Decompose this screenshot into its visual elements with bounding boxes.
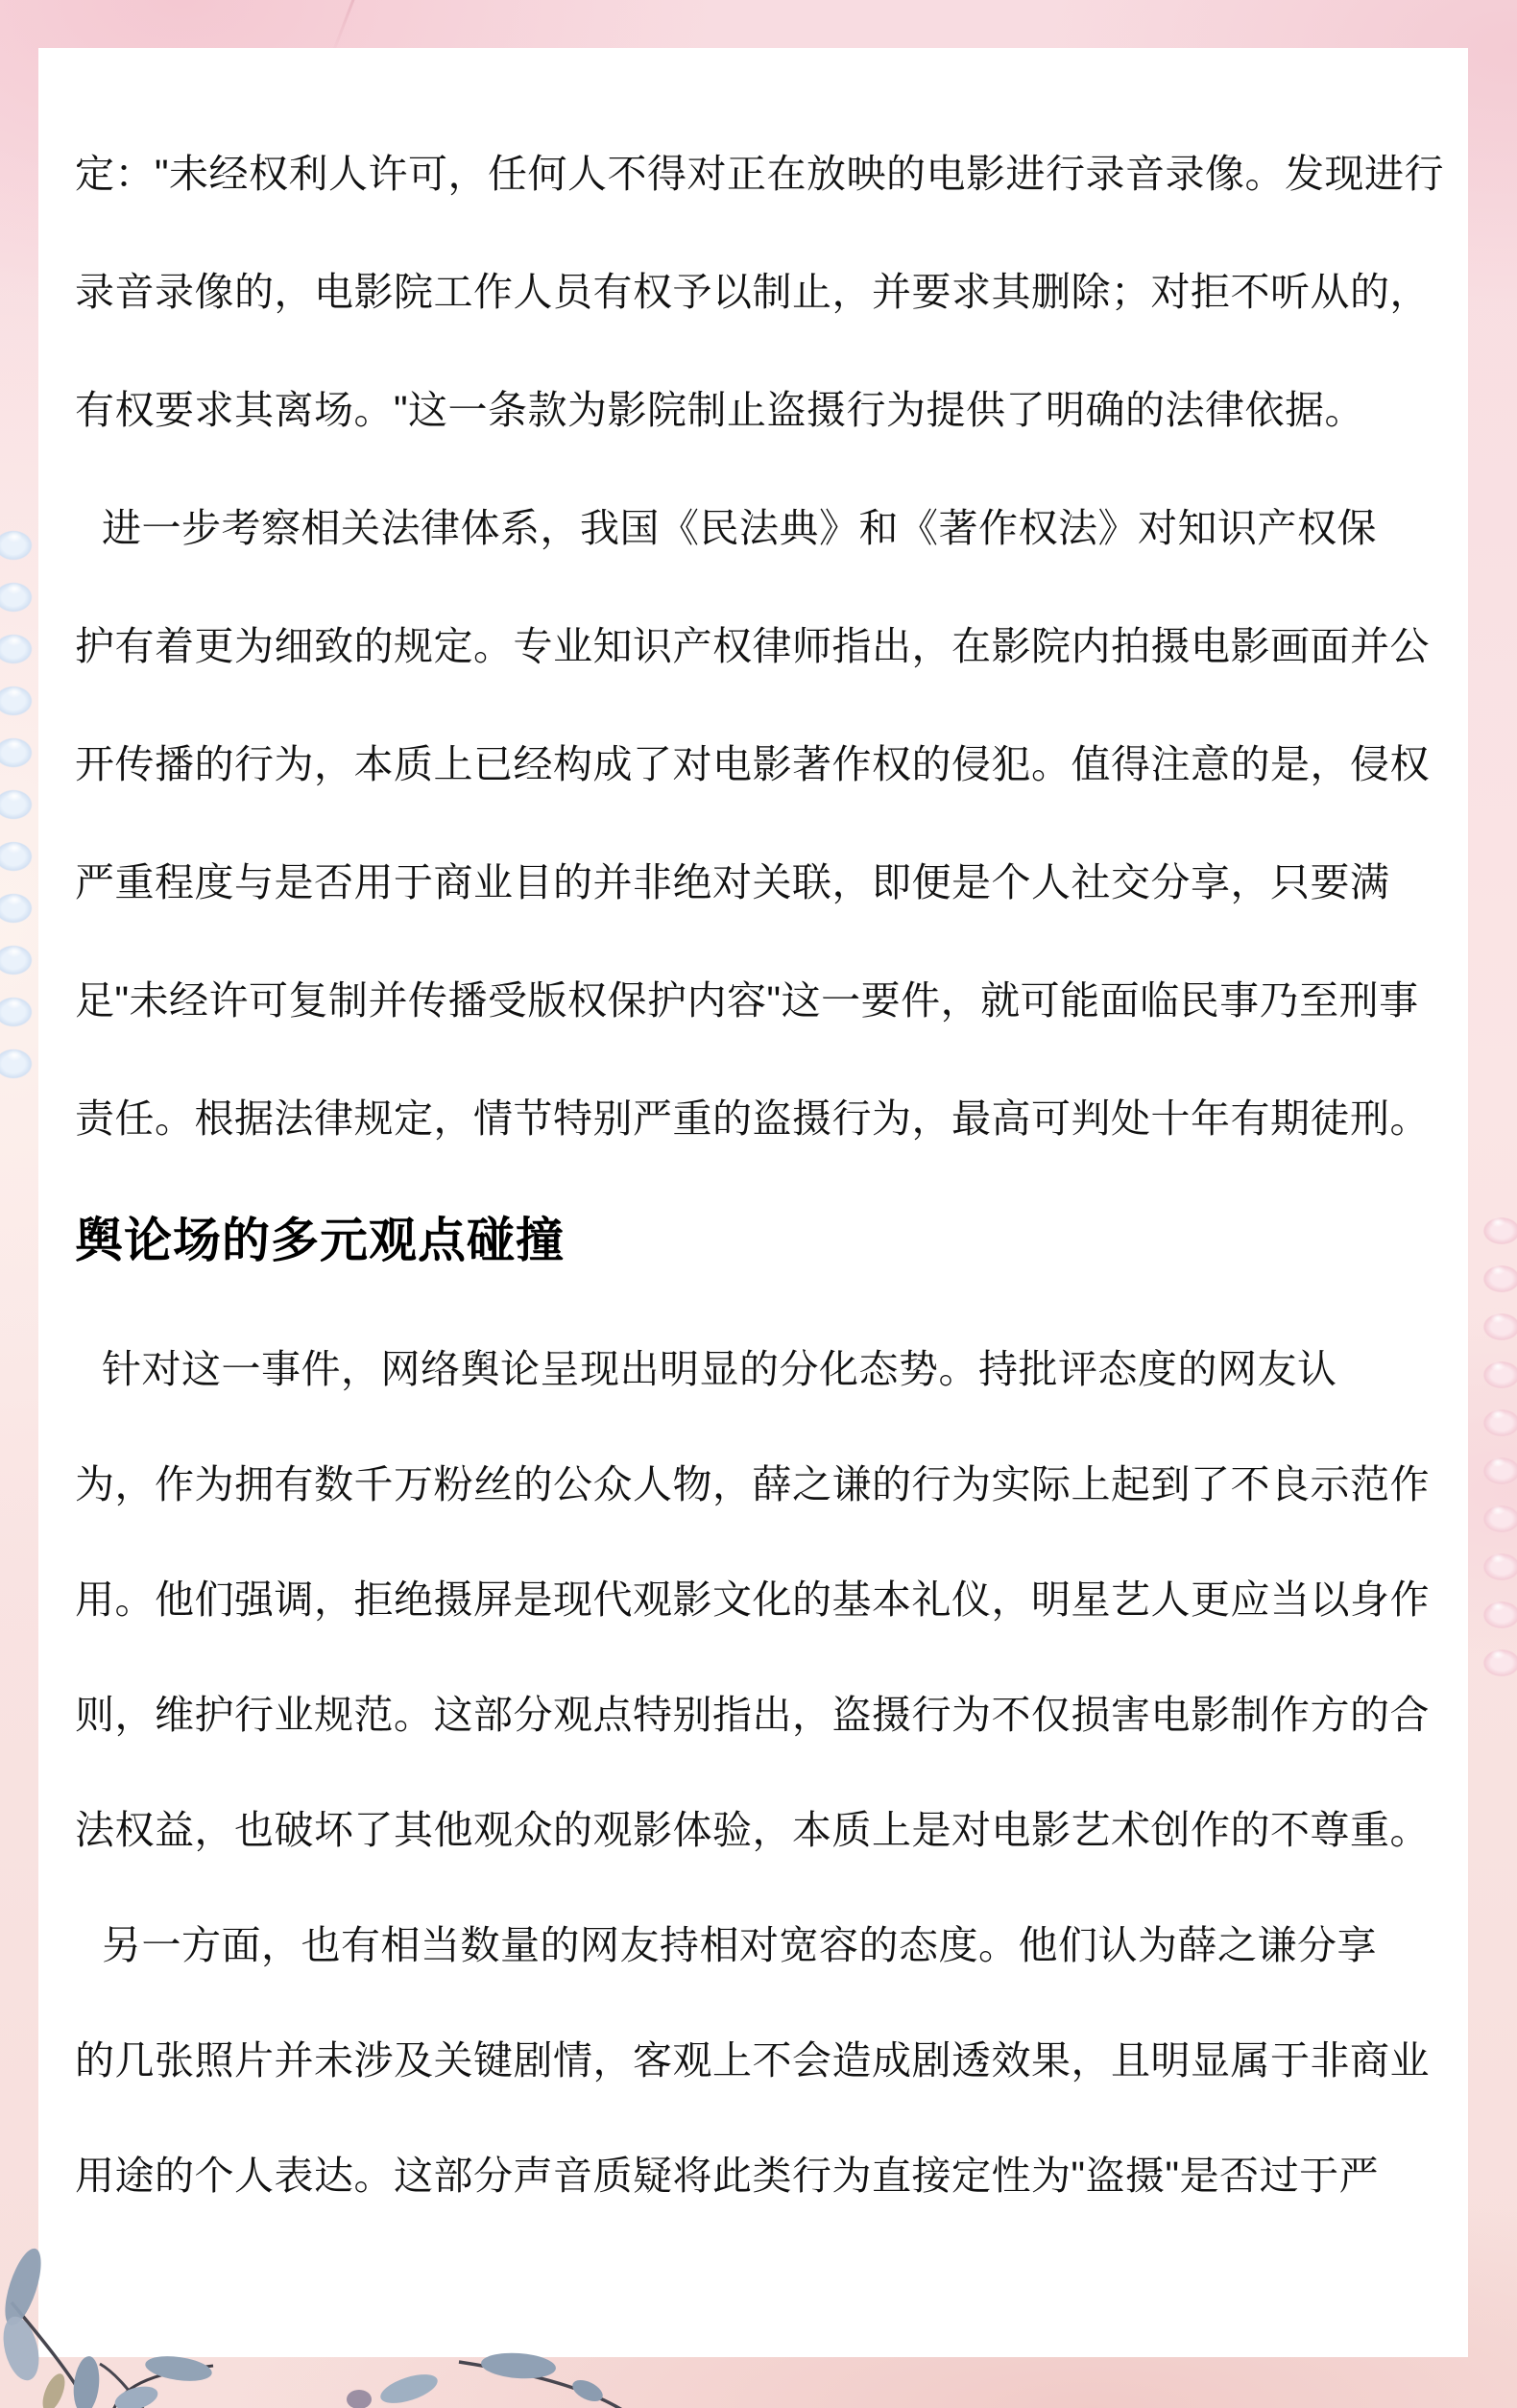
article-line: 护有着更为细致的规定。专业知识产权律师指出，在影院内拍摄电影画面并公: [75, 588, 1439, 706]
article-line: 责任。根据法律规定，情节特别严重的盗摄行为，最高可判处十年有期徒刑。: [75, 1060, 1439, 1178]
article-line: 法权益，也破坏了其他观众的观影体验，本质上是对电影艺术创作的不尊重。: [75, 1772, 1439, 1888]
article-line: 为，作为拥有数千万粉丝的公众人物，薛之谦的行为实际上起到了不良示范作: [75, 1427, 1439, 1542]
stem-icon: [459, 2362, 622, 2408]
section-heading: 舆论场的多元观点碰撞: [75, 1202, 1439, 1279]
stem-icon: [113, 2366, 213, 2408]
article-line: 的几张照片并未涉及关键剧情，客观上不会造成剧透效果，且明显属于非商业: [75, 2003, 1439, 2118]
article-line: 用途的个人表达。这部分声音质疑将此类行为直接定性为"盗摄"是否过于严: [75, 2118, 1439, 2233]
leaf-icon: [569, 2375, 606, 2405]
article-line: 开传播的行为，本质上已经构成了对电影著作权的侵犯。值得注意的是，侵权: [75, 706, 1439, 824]
article-line: 严重程度与是否用于商业目的并非绝对关联，即便是个人社交分享，只要满: [75, 824, 1439, 942]
pearl-column-right-icon: [1477, 1208, 1517, 1688]
bud-icon: [347, 2390, 372, 2408]
article-line: 针对这一事件，网络舆论呈现出明显的分化态势。持批评态度的网友认: [75, 1312, 1439, 1427]
leaf-icon: [112, 2382, 160, 2408]
stem-icon: [100, 2364, 144, 2408]
article-line: 另一方面，也有相当数量的网友持相对宽容的态度。他们认为薛之谦分享: [75, 1888, 1439, 2003]
article-line: 有权要求其离场。"这一条款为影院制止盗摄行为提供了明确的法律依据。: [75, 351, 1439, 470]
article-line: 进一步考察相关法律体系，我国《民法典》和《著作权法》对知识产权保: [75, 470, 1439, 588]
legal-section: 定："未经权利人许可，任何人不得对正在放映的电影进行录音录像。发现进行 录音录像…: [75, 115, 1439, 1178]
article-line: 用。他们强调，拒绝摄屏是现代观影文化的基本礼仪，明星艺人更应当以身作: [75, 1542, 1439, 1657]
leaf-icon: [377, 2369, 441, 2408]
article-line: 录音录像的，电影院工作人员有权予以制止，并要求其删除；对拒不听从的，: [75, 233, 1439, 351]
article-body: 定："未经权利人许可，任何人不得对正在放映的电影进行录音录像。发现进行 录音录像…: [38, 48, 1468, 2233]
article-line: 则，维护行业规范。这部分观点特别指出，盗摄行为不仅损害电影制作方的合: [75, 1657, 1439, 1772]
leaf-icon: [38, 2371, 69, 2408]
leaf-icon: [144, 2352, 214, 2385]
article-card: 定："未经权利人许可，任何人不得对正在放映的电影进行录音录像。发现进行 录音录像…: [38, 48, 1468, 2357]
article-line: 定："未经权利人许可，任何人不得对正在放映的电影进行录音录像。发现进行: [75, 115, 1439, 233]
opinion-section: 针对这一事件，网络舆论呈现出明显的分化态势。持批评态度的网友认 为，作为拥有数千…: [75, 1312, 1439, 2233]
article-line: 足"未经许可复制并传播受版权保护内容"这一要件，就可能面临民事乃至刑事: [75, 942, 1439, 1060]
leaf-icon: [71, 2355, 102, 2408]
